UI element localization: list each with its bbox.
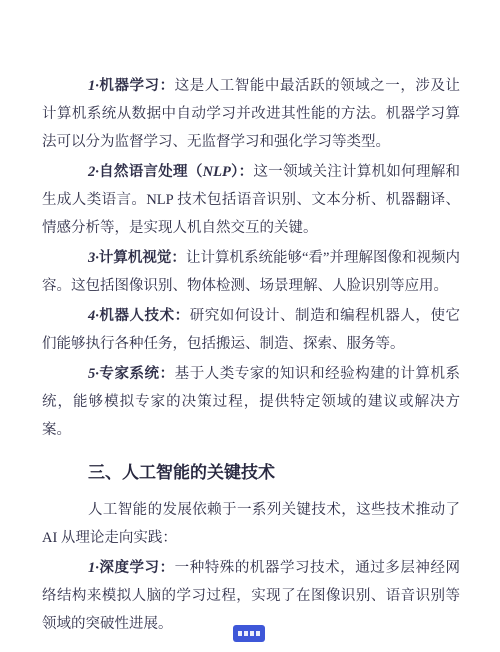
text-segment-term: 专家系统： xyxy=(99,366,175,382)
text-segment-term: 自然语言处理（ xyxy=(99,164,203,180)
watermark-glyphs-icon xyxy=(238,631,260,636)
text-segment-num: 2· xyxy=(88,164,99,180)
list-item-expert-systems: 5·专家系统：基于人类专家的知识和经验构建的计算机系统，能够模拟专家的决策过程，… xyxy=(42,360,460,444)
intro-paragraph: 人工智能的发展依赖于一系列关键技术，这些技术推动了 AI 从理论走向实践： xyxy=(42,496,460,552)
text-segment-term: ）： xyxy=(231,164,254,180)
text-segment-num: 1· xyxy=(88,560,99,576)
list-item-robotics: 4·机器人技术：研究如何设计、制造和编程机器人，使它们能够执行各种任务，包括搬运… xyxy=(42,302,460,358)
text-segment-term: 机器人技术： xyxy=(99,308,190,324)
document-body: 1·机器学习：这是人工智能中最活跃的领域之一，涉及让计算机系统从数据中自动学习并… xyxy=(42,72,460,640)
text-segment-num: 1· xyxy=(88,78,99,94)
section-heading-key-technologies: 三、人工智能的关键技术 xyxy=(42,458,460,488)
text-segment-term: 深度学习： xyxy=(99,560,175,576)
list-item-machine-learning: 1·机器学习：这是人工智能中最活跃的领域之一，涉及让计算机系统从数据中自动学习并… xyxy=(42,72,460,156)
list-item-nlp: 2·自然语言处理（NLP）：这一领域关注计算机如何理解和生成人类语言。NLP 技… xyxy=(42,158,460,242)
text-segment-heading: 三、人工智能的关键技术 xyxy=(88,463,275,482)
document-page: 1·机器学习：这是人工智能中最活跃的领域之一，涉及让计算机系统从数据中自动学习并… xyxy=(0,0,500,652)
list-item-computer-vision: 3·计算机视觉：让计算机系统能够“看”并理解图像和视频内容。这包括图像识别、物体… xyxy=(42,244,460,300)
text-segment-latin: NLP xyxy=(203,164,231,180)
text-segment-term: 机器学习： xyxy=(99,78,175,94)
text-segment-num: 3· xyxy=(88,250,99,266)
text-segment-num: 4· xyxy=(88,308,99,324)
text-segment-body: 人工智能的发展依赖于一系列关键技术，这些技术推动了 AI 从理论走向实践： xyxy=(42,502,460,546)
text-segment-term: 计算机视觉： xyxy=(99,250,186,266)
watermark-badge xyxy=(233,625,265,642)
text-segment-num: 5· xyxy=(88,366,99,382)
